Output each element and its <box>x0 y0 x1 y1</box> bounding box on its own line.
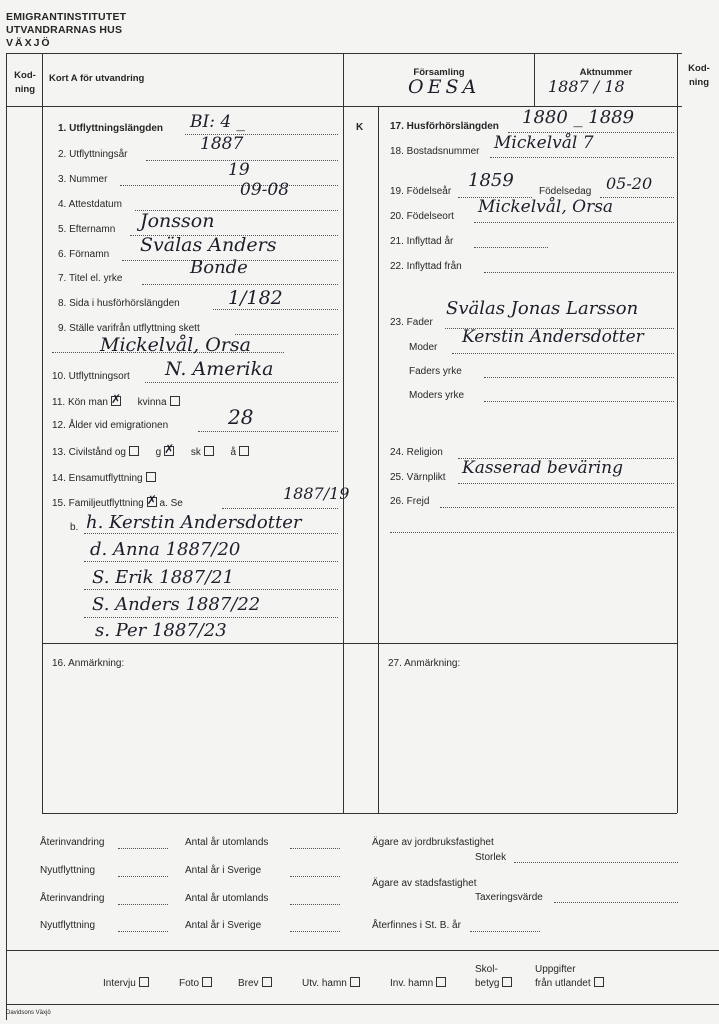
field-label: Födelsedag <box>539 186 591 197</box>
return-label: Antal år utomlands <box>185 893 268 904</box>
frame-right-inner <box>677 53 678 813</box>
field-label: Moders yrke <box>409 390 464 401</box>
moder-value[interactable]: Kerstin Andersdotter <box>462 327 644 347</box>
sources-bottom <box>6 1004 719 1005</box>
fodelsedag-value[interactable]: 05-20 <box>606 174 652 193</box>
forsamling-value[interactable]: OESA <box>408 76 480 98</box>
found-label: Återfinnes i St. B. år <box>372 920 461 931</box>
remarks-divider <box>42 643 677 644</box>
frame-left <box>6 53 7 1020</box>
remark-right-label: 27. Anmärkning: <box>388 658 460 669</box>
source-skolbetyg-line1: Skol- <box>475 964 498 975</box>
familj-member[interactable]: s. Per 1887/23 <box>95 620 227 641</box>
source-utlandet: från utlandet <box>535 977 604 989</box>
kon-kvinna-checkbox[interactable] <box>170 396 180 406</box>
source-utv-hamn: Utv. hamn <box>302 977 360 989</box>
source-utlandet-line1: Uppgifter <box>535 964 576 975</box>
org-subtitle: UTVANDRARNAS HUS <box>6 24 122 37</box>
kodning-left-line2: ning <box>8 84 42 95</box>
right-col-divider <box>378 106 379 813</box>
kod-col-divider <box>42 53 43 813</box>
civilstand-field: 13. Civilstånd og g sk å <box>52 446 249 458</box>
remark-left-label: 16. Anmärkning: <box>52 658 124 669</box>
card-title: Kort A för utvandring <box>49 73 144 84</box>
kodning-right-line1: Kod- <box>679 63 719 74</box>
field-label: 23. Fader <box>390 317 433 328</box>
return-label: Antal år i Sverige <box>185 920 261 931</box>
kon-field: 11. Kön man kvinna <box>52 396 180 408</box>
familj-b-label: b. <box>70 522 78 533</box>
kodning-right-line2: ning <box>679 77 719 88</box>
field-label: 12. Ålder vid emigrationen <box>52 420 168 431</box>
size-label: Storlek <box>475 852 506 863</box>
return-label: Antal år i Sverige <box>185 865 261 876</box>
familj-member[interactable]: h. Kerstin Andersdotter <box>86 512 302 533</box>
field-label: 10. Utflyttningsort <box>52 371 130 382</box>
intervju-checkbox[interactable] <box>139 977 149 987</box>
return-label: Återinvandring <box>40 893 104 904</box>
aktnummer-divider <box>534 53 535 106</box>
brev-checkbox[interactable] <box>262 977 272 987</box>
familjeutflyttning-checkbox[interactable] <box>147 497 157 507</box>
return-label: Nyutflyttning <box>40 865 95 876</box>
skolbetyg-checkbox[interactable] <box>502 977 512 987</box>
titel-value[interactable]: Bonde <box>190 257 248 278</box>
frame-top <box>6 53 682 54</box>
return-label: Nyutflyttning <box>40 920 95 931</box>
tax-label: Taxeringsvärde <box>475 892 543 903</box>
alder-value[interactable]: 28 <box>228 405 253 429</box>
varnplikt-value[interactable]: Kasserad beväring <box>462 458 623 478</box>
center-divider <box>343 53 344 813</box>
field-label: 21. Inflyttad år <box>390 236 453 247</box>
sources-top <box>6 950 719 951</box>
remarks-bottom <box>42 813 677 814</box>
field-label: 22. Inflyttad från <box>390 261 462 272</box>
bostadsnummer-value[interactable]: Mickelvål 7 <box>494 133 594 153</box>
field-label: Faders yrke <box>409 366 462 377</box>
fodelseort-value[interactable]: Mickelvål, Orsa <box>478 197 613 217</box>
kon-man-checkbox[interactable] <box>111 396 121 406</box>
field-label: 25. Värnplikt <box>390 472 446 483</box>
return-label: Antal år utomlands <box>185 837 268 848</box>
org-name: EMIGRANTINSTITUTET <box>6 11 126 24</box>
familj-member[interactable]: d. Anna 1887/20 <box>90 539 240 560</box>
field-label: 20. Födelseort <box>390 211 454 222</box>
kodning-left-line1: Kod- <box>8 70 42 81</box>
field-label: 18. Bostadsnummer <box>390 146 480 157</box>
familjeutflyttning-field: 15. Familjeutflyttning a. Se <box>52 497 183 509</box>
printer-credit: Davidsons Växjö <box>6 1010 51 1016</box>
utlandet-checkbox[interactable] <box>594 977 604 987</box>
attestdatum-value[interactable]: 09-08 <box>240 180 289 200</box>
field-label: 17. Husförhörslängden <box>390 121 499 132</box>
foto-checkbox[interactable] <box>202 977 212 987</box>
utflyttningsort-value[interactable]: N. Amerika <box>165 358 273 380</box>
aktnummer-value[interactable]: 1887 / 18 <box>548 77 625 96</box>
civilstand-g-checkbox[interactable] <box>164 446 174 456</box>
source-brev: Brev <box>238 977 272 989</box>
familj-member[interactable]: S. Erik 1887/21 <box>92 567 234 588</box>
field-label: 8. Sida i husförhörslängden <box>58 298 180 309</box>
owner-agri-label: Ägare av jordbruksfastighet <box>372 837 494 848</box>
fader-value[interactable]: Svälas Jonas Larsson <box>446 298 638 319</box>
org-city: VÄXJÖ <box>6 37 52 50</box>
return-label: Återinvandring <box>40 837 104 848</box>
source-skolbetyg: betyg <box>475 977 512 989</box>
field-label: 3. Nummer <box>58 174 107 185</box>
ensamutflyttning-checkbox[interactable] <box>146 472 156 482</box>
field-label: 6. Förnamn <box>58 249 109 260</box>
k-marker: K <box>356 122 363 133</box>
ensamutflyttning-field: 14. Ensamutflyttning <box>52 472 156 484</box>
source-foto: Foto <box>179 977 212 989</box>
inv-hamn-checkbox[interactable] <box>436 977 446 987</box>
civilstand-sk-checkbox[interactable] <box>204 446 214 456</box>
field-label: 2. Utflyttningsår <box>58 149 127 160</box>
source-inv-hamn: Inv. hamn <box>390 977 446 989</box>
sida-value[interactable]: 1/182 <box>228 287 283 309</box>
utv-hamn-checkbox[interactable] <box>350 977 360 987</box>
source-intervju: Intervju <box>103 977 149 989</box>
fodelsear-value[interactable]: 1859 <box>468 170 514 191</box>
fornamn-value[interactable]: Svälas Anders <box>140 234 276 256</box>
utflyttningsar-value[interactable]: 1887 <box>200 134 243 154</box>
civilstand-a-checkbox[interactable] <box>239 446 249 456</box>
field-label: 5. Efternamn <box>58 224 115 235</box>
field-label: 9. Ställe varifrån utflyttning skett <box>58 323 200 334</box>
field-label: 4. Attestdatum <box>58 199 122 210</box>
familj-member[interactable]: S. Anders 1887/22 <box>92 594 260 615</box>
civilstand-og-checkbox[interactable] <box>129 446 139 456</box>
utflyttningslangden-value[interactable]: BI: 4 _ <box>190 112 245 132</box>
field-label: 19. Födelseår <box>390 186 451 197</box>
field-label: 1. Utflyttningslängden <box>58 123 163 134</box>
field-label: 24. Religion <box>390 447 443 458</box>
efternamn-value[interactable]: Jonsson <box>140 210 214 232</box>
field-label: 26. Frejd <box>390 496 429 507</box>
field-label: 7. Titel el. yrke <box>58 273 122 284</box>
familj-a-value[interactable]: 1887/19 <box>283 484 349 503</box>
nummer-value[interactable]: 19 <box>228 160 250 180</box>
husforhor-value[interactable]: 1880 _ 1889 <box>522 107 634 128</box>
stalle-value[interactable]: Mickelvål, Orsa <box>100 334 251 356</box>
owner-city-label: Ägare av stadsfastighet <box>372 878 477 889</box>
field-label: Moder <box>409 342 437 353</box>
